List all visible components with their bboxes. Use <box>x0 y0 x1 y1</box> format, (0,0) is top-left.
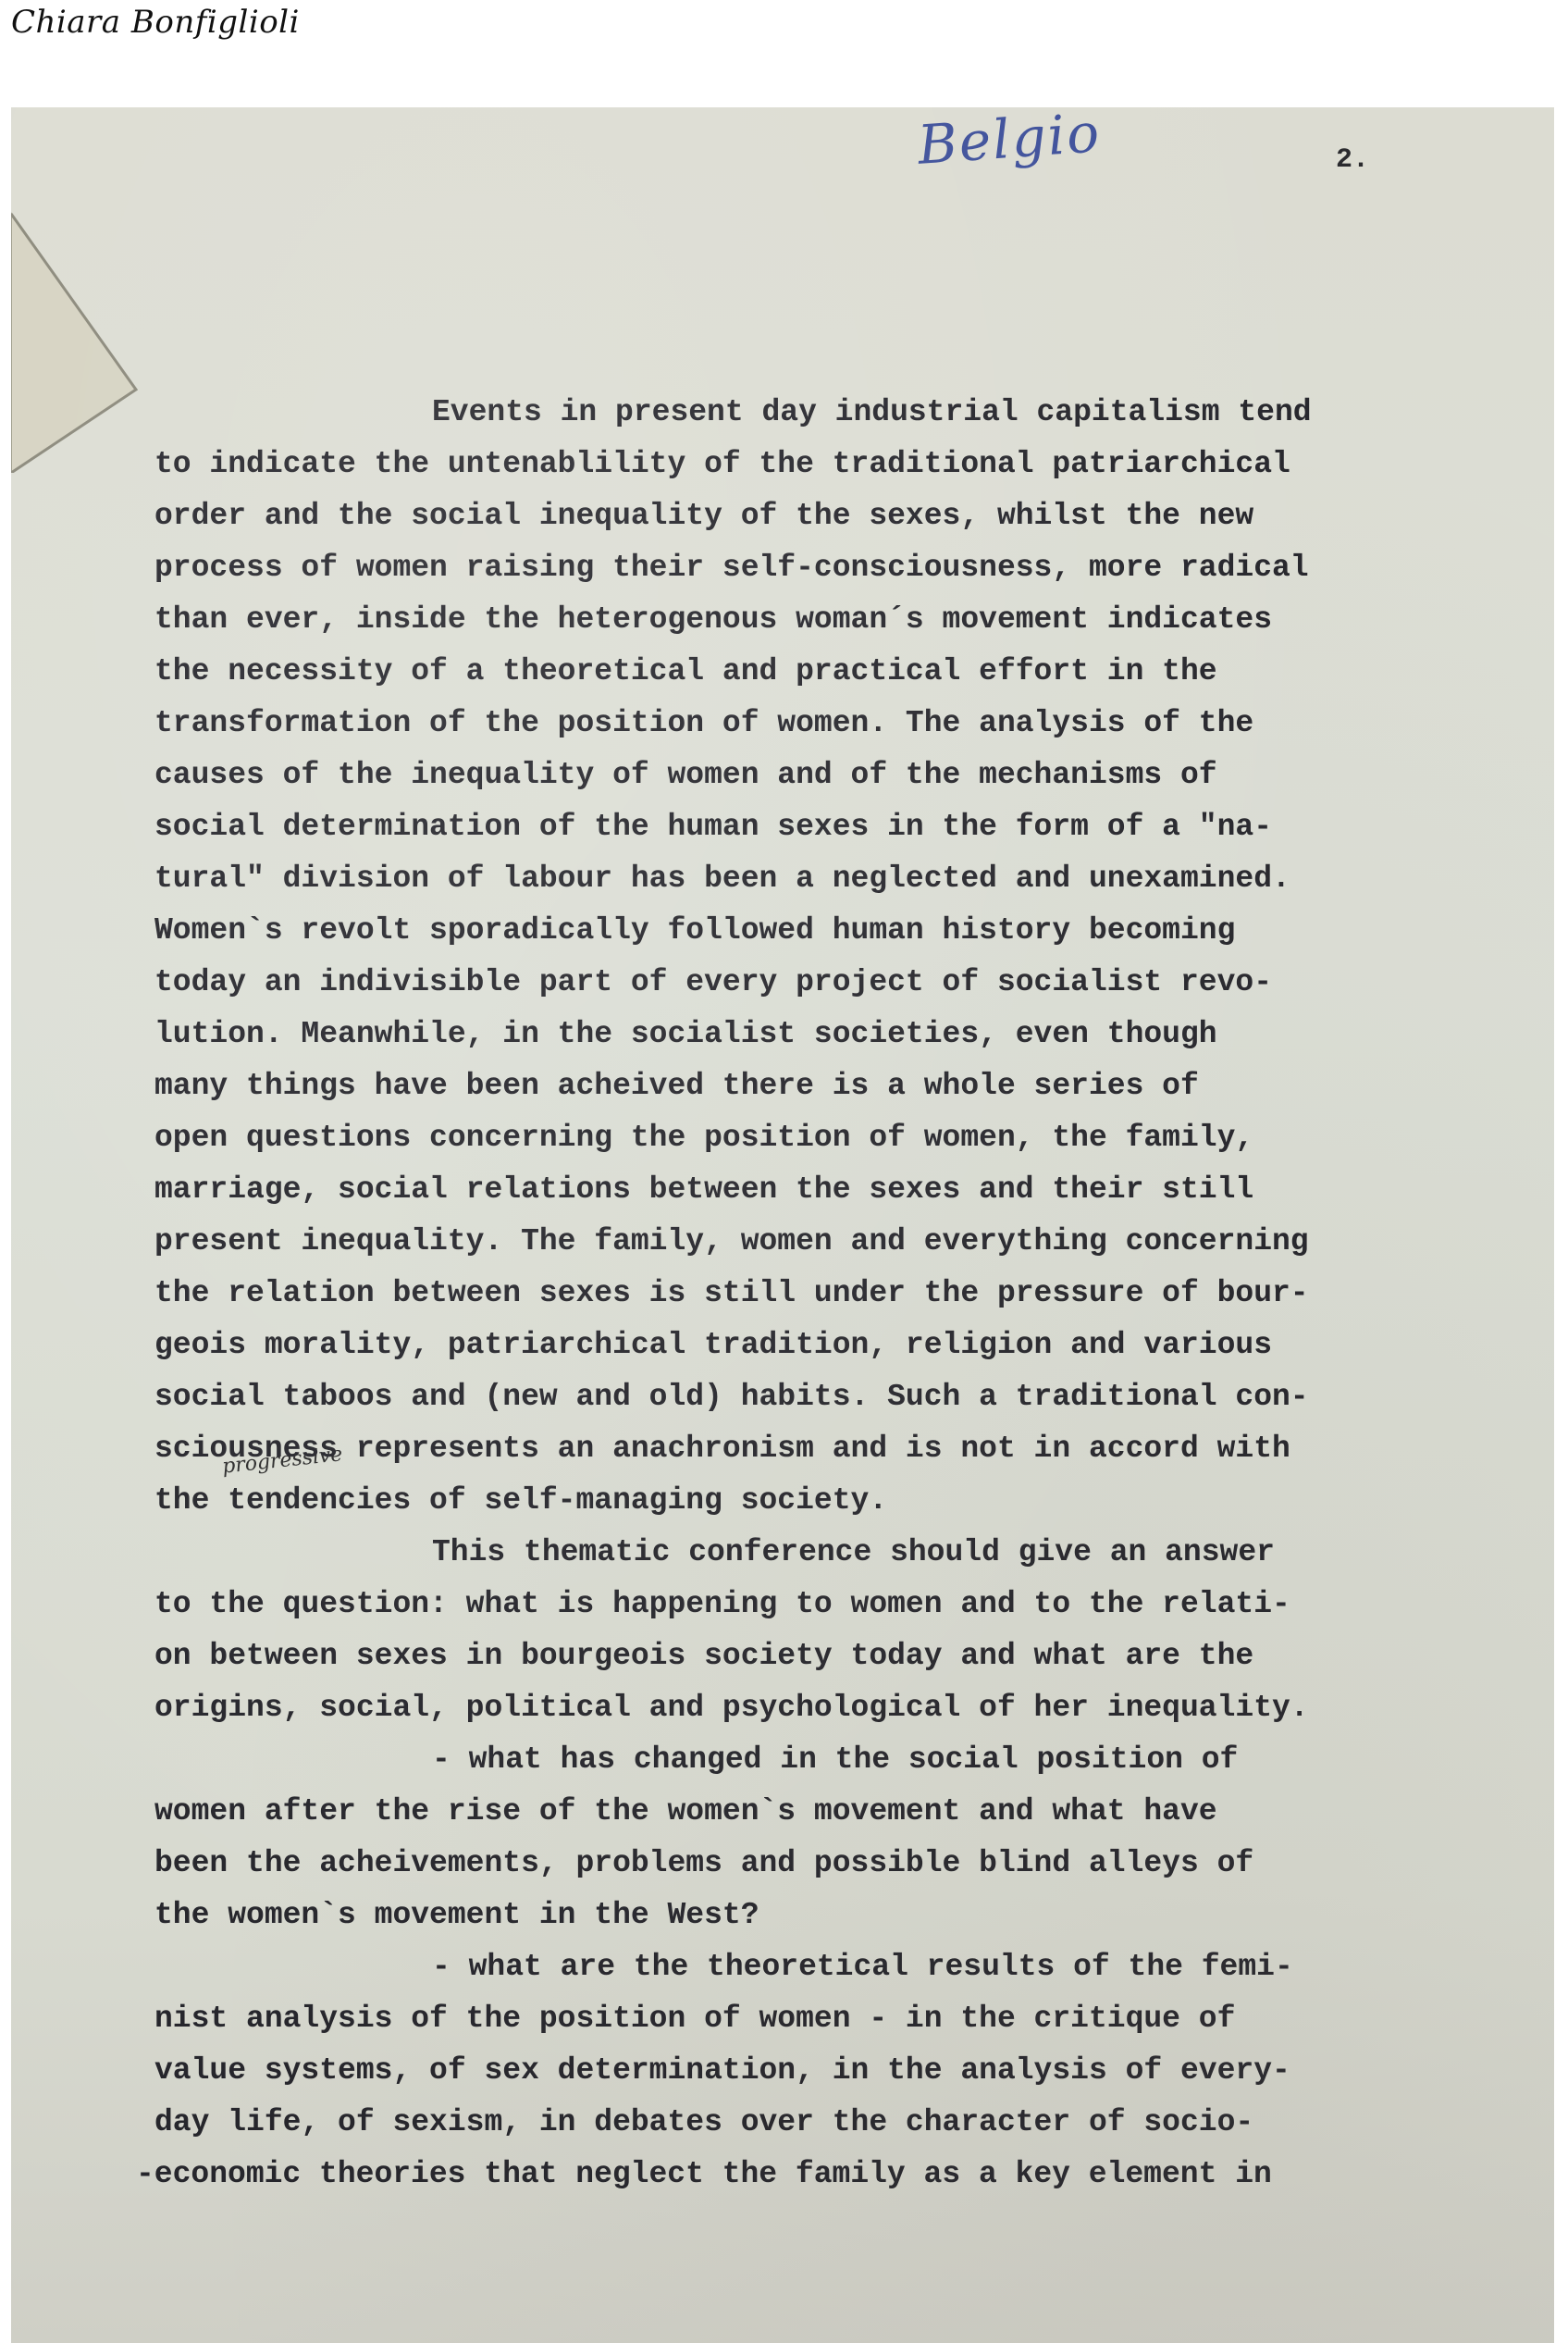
text-line: order and the social inequality of the s… <box>154 490 1496 542</box>
text-line: to indicate the untenablility of the tra… <box>154 439 1496 490</box>
text-line: process of women raising their self-cons… <box>154 542 1496 594</box>
text-line: - what has changed in the social positio… <box>154 1734 1496 1786</box>
text-line: day life, of sexism, in debates over the… <box>154 2097 1496 2149</box>
text-line: marriage, social relations between the s… <box>154 1164 1496 1216</box>
text-line: geois morality, patriarchical tradition,… <box>154 1320 1496 1371</box>
text-line: today an indivisible part of every proje… <box>154 957 1496 1009</box>
text-line: the tendencies of self-managing society. <box>154 1475 1496 1527</box>
text-line: - what are the theoretical results of th… <box>154 1941 1496 1993</box>
text-line: been the acheivements, problems and poss… <box>154 1838 1496 1890</box>
text-line: social taboos and (new and old) habits. … <box>154 1371 1496 1423</box>
text-line: sciousness represents an anachronism and… <box>154 1423 1496 1475</box>
text-line: transformation of the position of women.… <box>154 698 1496 750</box>
text-line: -economic theories that neglect the fami… <box>136 2149 1496 2200</box>
text-line: causes of the inequality of women and of… <box>154 750 1496 801</box>
author-name: Chiara Bonfiglioli <box>11 4 300 41</box>
text-line: present inequality. The family, women an… <box>154 1216 1496 1268</box>
text-line: value systems, of sex determination, in … <box>154 2045 1496 2097</box>
text-line: the relation between sexes is still unde… <box>154 1268 1496 1320</box>
text-line: the necessity of a theoretical and pract… <box>154 646 1496 698</box>
text-line: open questions concerning the position o… <box>154 1112 1496 1164</box>
folded-corner-icon <box>11 195 141 473</box>
typed-text-body: Events in present day industrial capital… <box>154 387 1496 2200</box>
text-line: social determination of the human sexes … <box>154 801 1496 853</box>
text-line: lution. Meanwhile, in the socialist soci… <box>154 1009 1496 1060</box>
page-number: 2. <box>1336 144 1369 176</box>
text-line: origins, social, political and psycholog… <box>154 1682 1496 1734</box>
text-line: the women`s movement in the West? <box>154 1890 1496 1941</box>
text-line: Women`s revolt sporadically followed hum… <box>154 905 1496 957</box>
text-line: tural" division of labour has been a neg… <box>154 853 1496 905</box>
document-page: Belgio 2. progressive Events in present … <box>11 107 1554 2343</box>
text-line: on between sexes in bourgeois society to… <box>154 1630 1496 1682</box>
text-line: This thematic conference should give an … <box>154 1527 1496 1579</box>
text-line: Events in present day industrial capital… <box>154 387 1496 439</box>
text-line: many things have been acheived there is … <box>154 1060 1496 1112</box>
text-line: to the question: what is happening to wo… <box>154 1579 1496 1630</box>
text-line: women after the rise of the women`s move… <box>154 1786 1496 1838</box>
text-line: than ever, inside the heterogenous woman… <box>154 594 1496 646</box>
text-line: nist analysis of the position of women -… <box>154 1993 1496 2045</box>
handwritten-note: Belgio <box>916 107 1103 177</box>
